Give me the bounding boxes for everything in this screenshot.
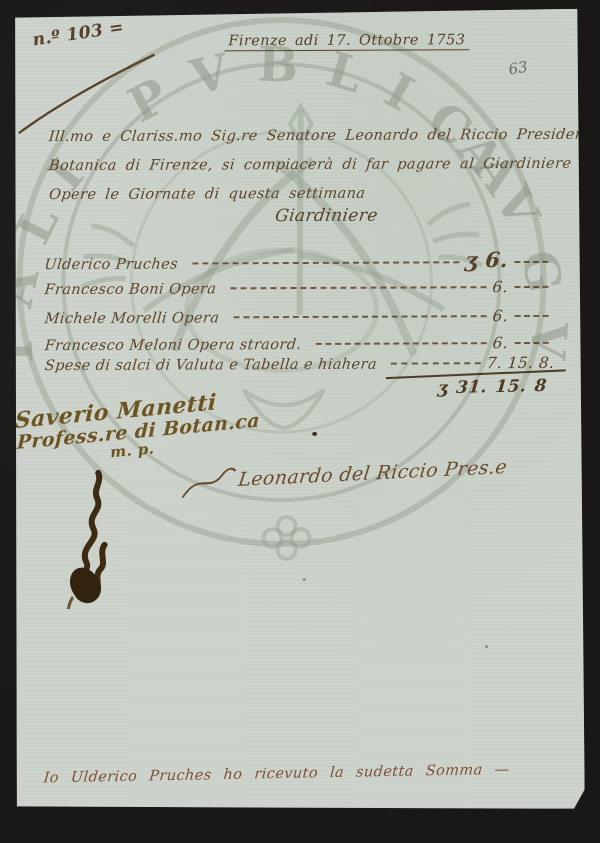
account-row: Francesco Meloni Opera straord. 6.: [45, 334, 555, 354]
body-line-3: Opere le Giornate di questa settimana: [48, 184, 600, 203]
ink-speck: [485, 645, 488, 648]
dateline: Firenze adi 17. Ottobre 1753: [224, 32, 469, 51]
ink-dot: [312, 432, 317, 436]
account-row: Ulderico Pruches ʒ 6.: [44, 247, 554, 274]
dashed-leader: [192, 261, 460, 264]
account-row-name: Francesco Boni Opera: [44, 281, 226, 298]
signature-flourish: [180, 463, 238, 500]
receipt-line: Io Ulderico Pruches ho ricevuto la sudet…: [43, 762, 510, 787]
body-line-1: Ill.mo e Clariss.mo Sig.re Senatore Leon…: [48, 126, 600, 145]
account-row: Francesco Boni Opera 6.: [44, 278, 554, 298]
signature-riccio-name: Leonardo del Riccio Pres.e: [237, 456, 508, 491]
dashed-leader: [230, 286, 487, 289]
dashed-leader: [514, 261, 548, 263]
account-row: Michele Morelli Opera 6.: [45, 307, 555, 327]
dashed-leader: [515, 315, 549, 317]
ink-blot: [62, 469, 127, 609]
account-row-name: Michele Morelli Opera: [44, 310, 228, 327]
dashed-leader: [391, 362, 481, 364]
dashed-leader: [315, 342, 487, 345]
account-row: Spese di salci di Valuta e Tabella e hia…: [45, 354, 555, 374]
folio-number: 63: [507, 57, 529, 78]
manuscript-paper: TALI PVBLICA AVGVDE: [12, 9, 584, 811]
account-row-amount: 6.: [492, 307, 509, 325]
dashed-leader: [515, 342, 549, 344]
account-row-amount: 6.: [492, 334, 509, 352]
signature-riccio: Leonardo del Riccio Pres.e: [180, 450, 509, 500]
signature-manetti: Saverio Manetti Profess.re di Botan.ca m…: [14, 386, 263, 470]
account-total: ʒ 31. 15. 8: [437, 376, 548, 398]
body-line-2: Botanica di Firenze, si compiacerà di fa…: [48, 155, 600, 174]
account-row-name: Spese di salci di Valuta e Tabella e hia…: [44, 357, 386, 374]
dashed-leader: [514, 286, 548, 288]
account-row-amount: 6.: [492, 278, 509, 296]
order-paragraph: Ill.mo e Clariss.mo Sig.re Senatore Leon…: [49, 126, 600, 203]
account-row-name: Francesco Meloni Opera straord.: [44, 337, 310, 354]
ink-speck: [303, 578, 306, 581]
account-row-name: Ulderico Pruches: [44, 256, 187, 273]
section-heading: Giardiniere: [274, 206, 379, 226]
dashed-leader: [233, 315, 487, 318]
account-row-amount: ʒ 6.: [465, 247, 510, 272]
